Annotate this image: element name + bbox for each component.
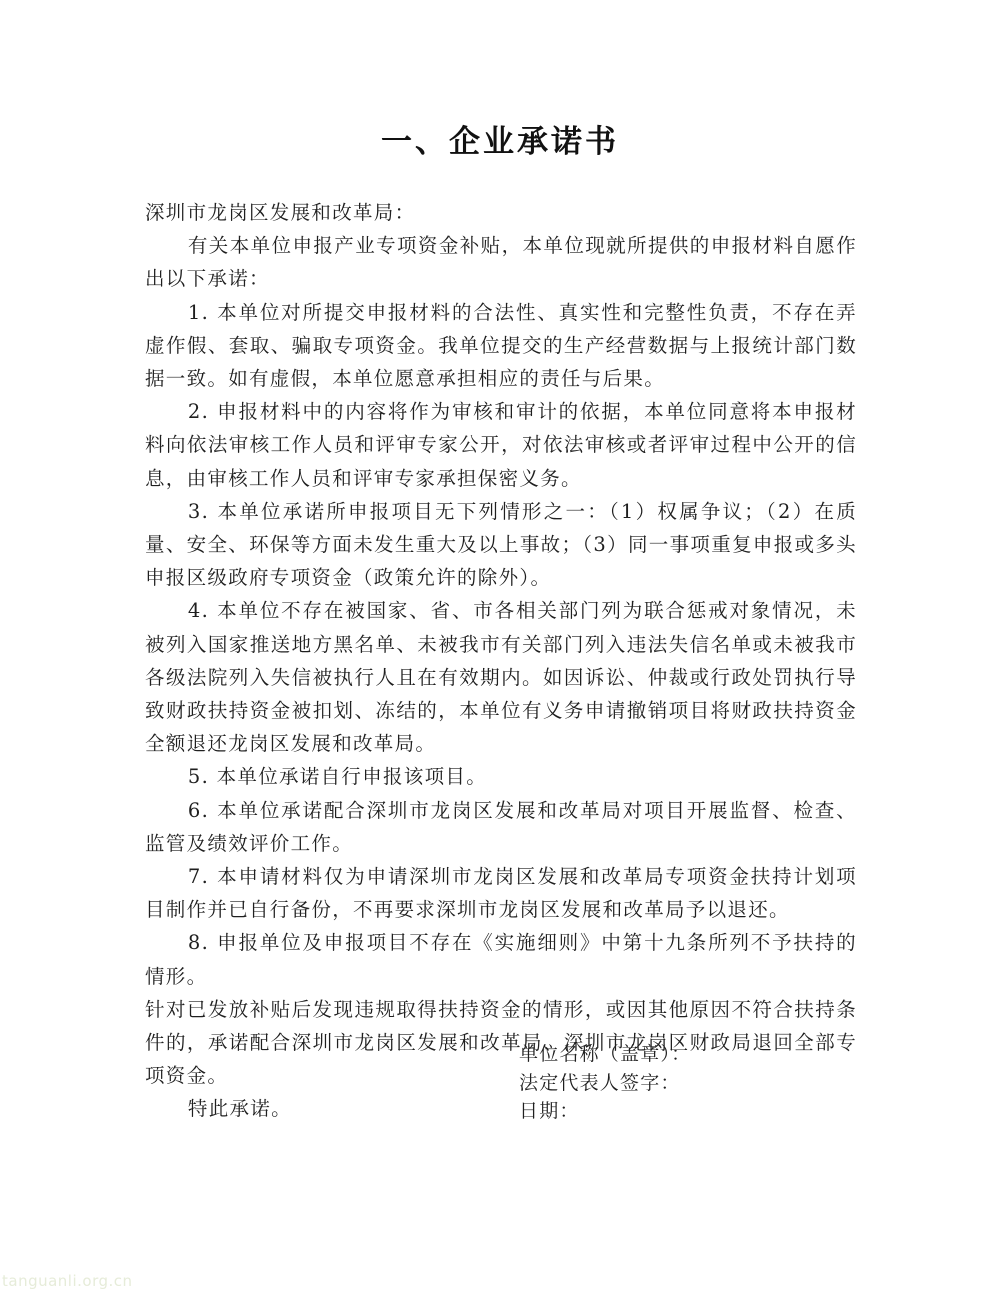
- legal-representative-label: 法定代表人签字：: [519, 1069, 691, 1098]
- document-page: 一、企业承诺书 深圳市龙岗区发展和改革局： 有关本单位申报产业专项资金补贴，本单…: [0, 0, 1000, 1294]
- document-title: 一、企业承诺书: [0, 116, 1000, 161]
- date-label: 日期：: [519, 1097, 691, 1126]
- unit-name-label: 单位名称（盖章）：: [519, 1040, 691, 1069]
- commitment-item-7: 7. 本申请材料仅为申请深圳市龙岗区发展和改革局专项资金扶持计划项目制作并已自行…: [145, 860, 857, 926]
- commitment-item-8: 8. 申报单位及申报项目不存在《实施细则》中第十九条所列不予扶持的情形。: [145, 926, 857, 992]
- commitment-item-2: 2. 申报材料中的内容将作为审核和审计的依据，本单位同意将本申报材料向依法审核工…: [145, 395, 857, 495]
- commitment-item-4: 4. 本单位不存在被国家、省、市各相关部门列为联合惩戒对象情况，未被列入国家推送…: [145, 594, 857, 760]
- document-body: 深圳市龙岗区发展和改革局： 有关本单位申报产业专项资金补贴，本单位现就所提供的申…: [145, 196, 857, 1126]
- continuation-paragraph: 针对已发放补贴后发现违规取得扶持资金的情形，或因其他原因不符合扶持条件的，承诺配…: [145, 993, 857, 1093]
- watermark: tanguanli.org.cn: [2, 1272, 133, 1290]
- intro-paragraph: 有关本单位申报产业专项资金补贴，本单位现就所提供的申报材料自愿作出以下承诺：: [145, 229, 857, 295]
- salutation: 深圳市龙岗区发展和改革局：: [145, 196, 857, 229]
- closing-statement: 特此承诺。: [145, 1092, 857, 1125]
- signature-block: 单位名称（盖章）： 法定代表人签字： 日期：: [519, 1040, 691, 1126]
- commitment-item-5: 5. 本单位承诺自行申报该项目。: [145, 760, 857, 793]
- commitment-item-6: 6. 本单位承诺配合深圳市龙岗区发展和改革局对项目开展监督、检查、监管及绩效评价…: [145, 794, 857, 860]
- commitment-item-1: 1. 本单位对所提交申报材料的合法性、真实性和完整性负责，不存在弄虚作假、套取、…: [145, 296, 857, 396]
- commitment-item-3: 3. 本单位承诺所申报项目无下列情形之一：（1）权属争议；（2）在质量、安全、环…: [145, 495, 857, 595]
